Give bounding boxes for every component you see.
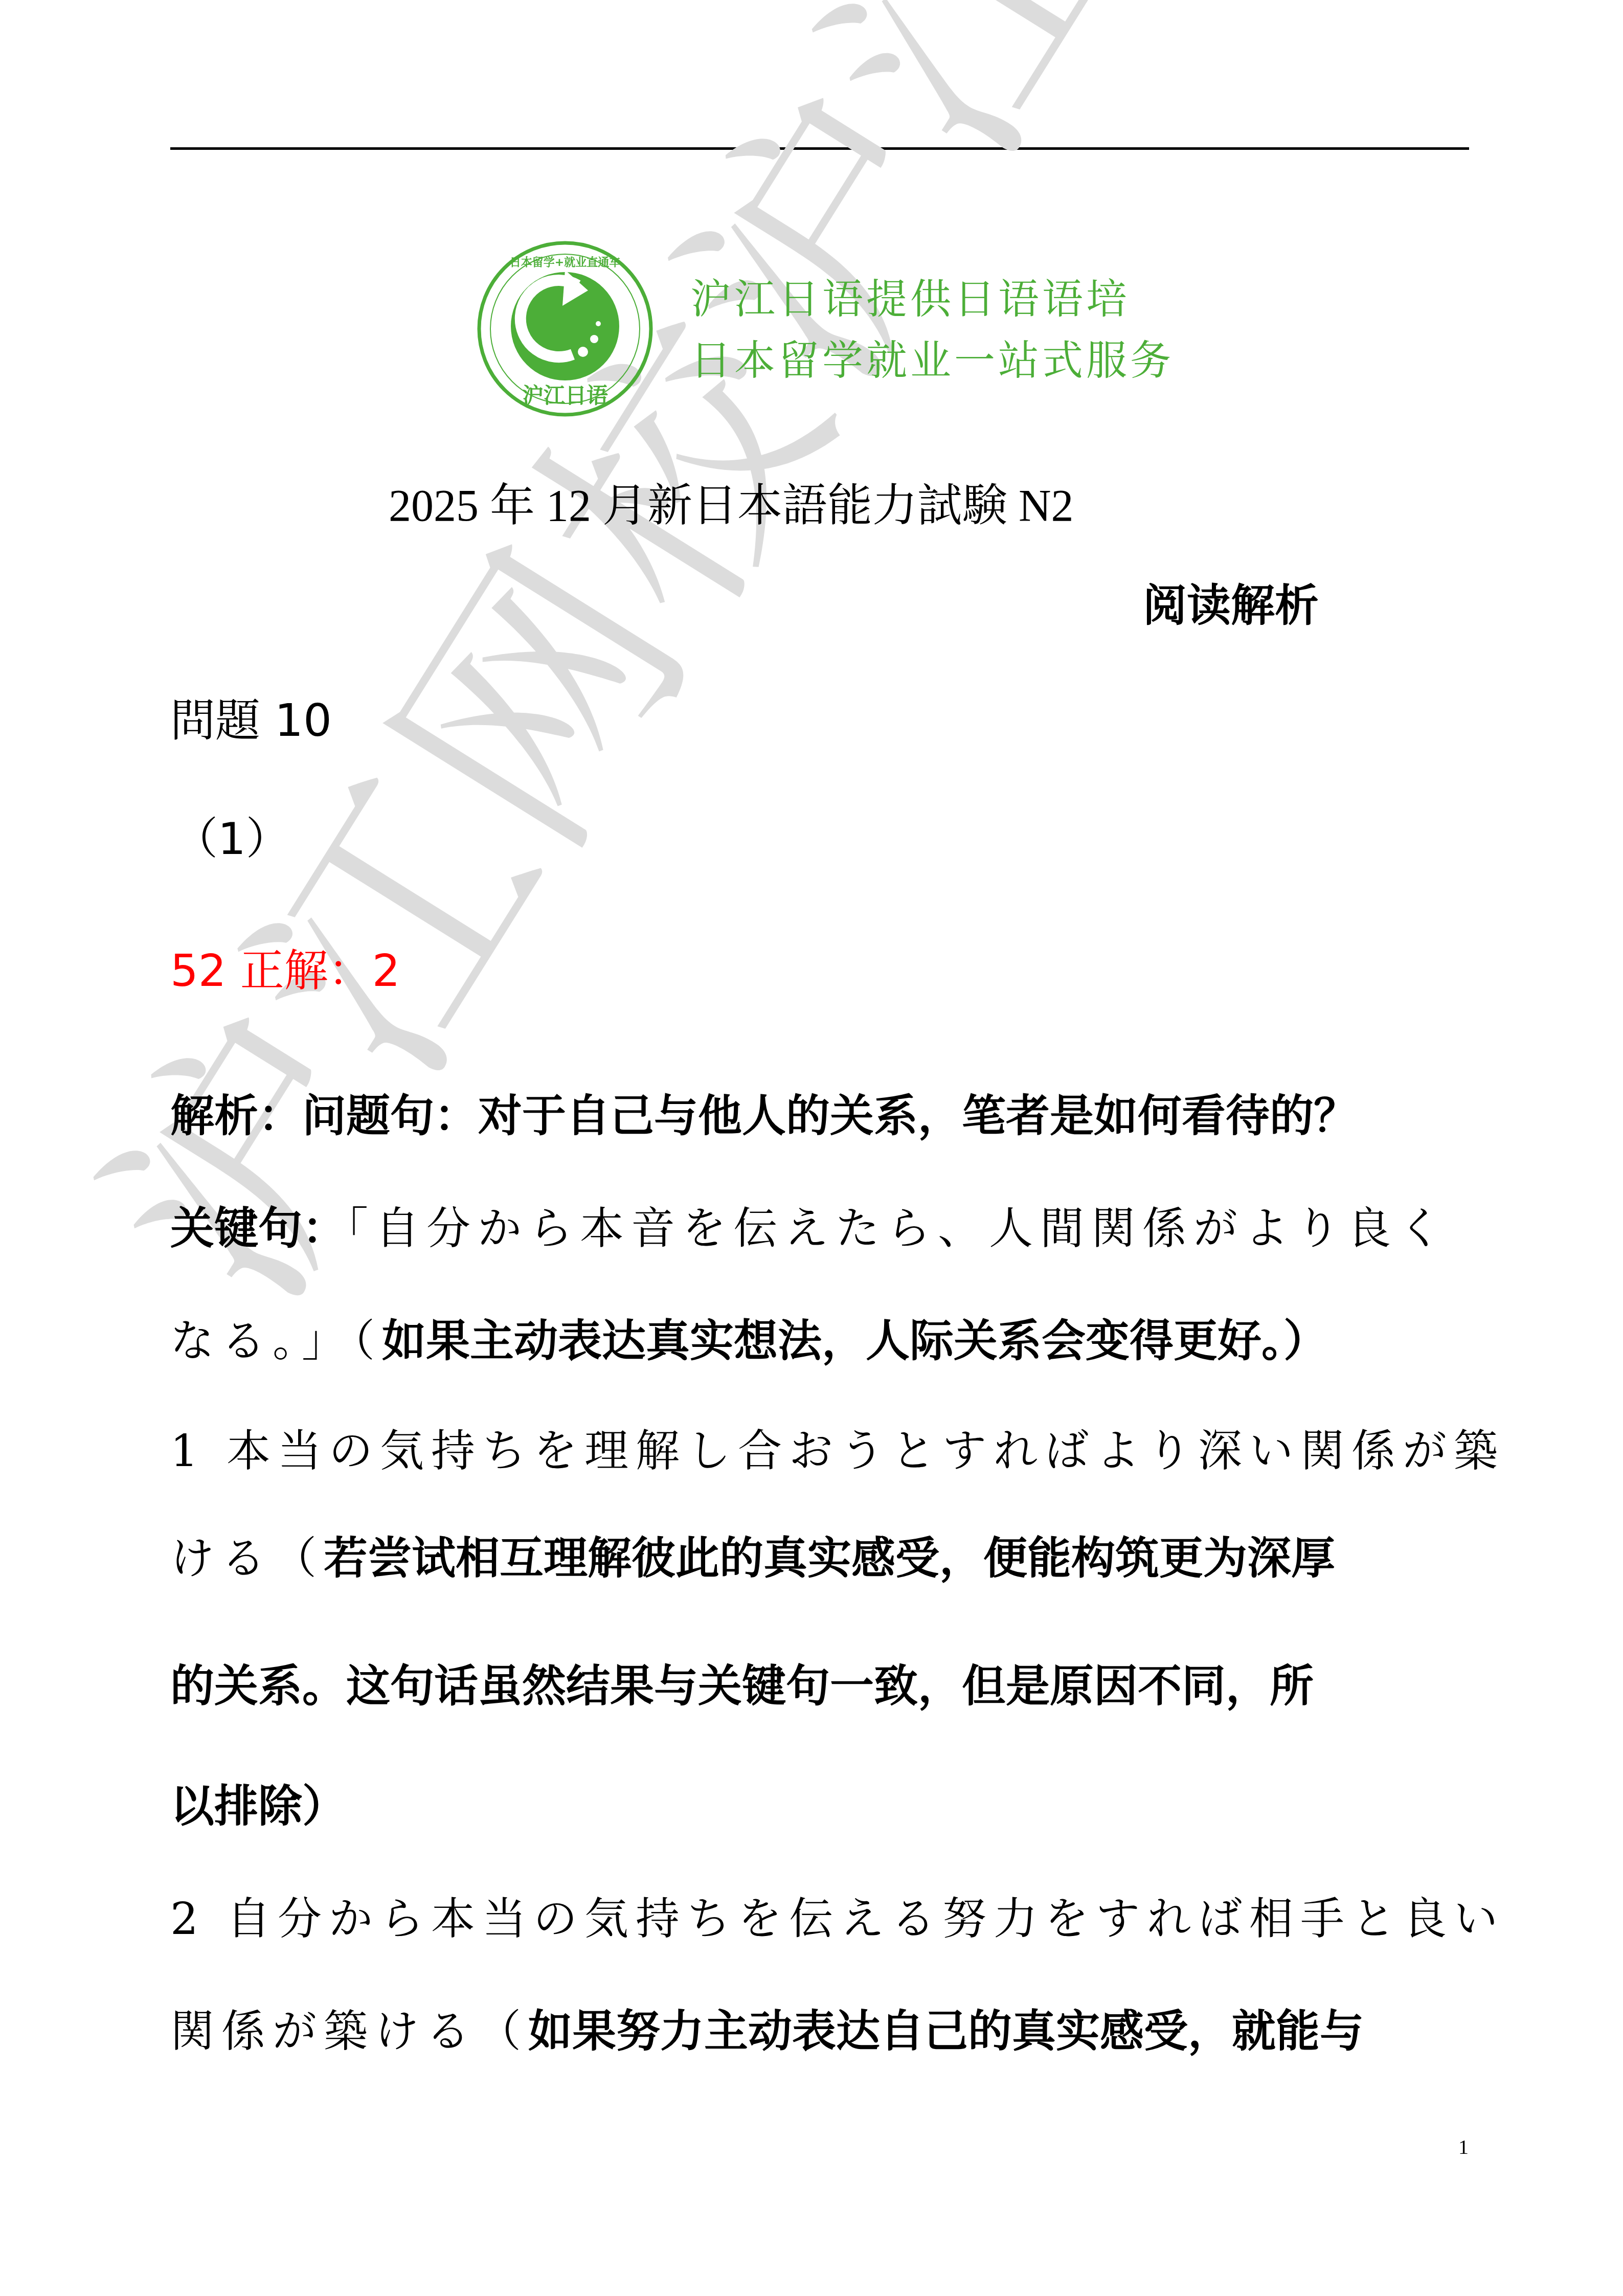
japanese-text: 1 本当の気持ちを理解し合おうとすればより深い関係が築 xyxy=(170,1426,1505,1477)
japanese-text: 2 自分から本当の気持ちを伝える努力をすれば相手と良い xyxy=(170,1894,1505,1945)
explanation-line: 解析：问题句：对于自己与他人的关系，笔者是如何看待的？ xyxy=(170,1094,1358,1138)
hujiang-logo-icon: 沪江日语 日本留学+就业直通车 xyxy=(476,239,655,418)
explanation-line: 以排除） xyxy=(170,1785,346,1829)
explanation-line: 1 本当の気持ちを理解し合おうとすればより深い関係が築 xyxy=(170,1429,1505,1473)
chinese-text: 关键句： xyxy=(170,1203,346,1254)
document-subtitle: 阅读解析 xyxy=(1143,570,1319,634)
chinese-text: 若尝试相互理解彼此的真实感受，便能构筑更为深厚 xyxy=(324,1533,1335,1584)
svg-text:沪江日语: 沪江日语 xyxy=(522,383,608,408)
chinese-text: 以排除） xyxy=(170,1781,346,1832)
explanation-line: 関係が築ける（如果努力主动表达自己的真实感受，就能与 xyxy=(170,2010,1364,2054)
japanese-text: 関係が築ける（ xyxy=(170,2006,528,2057)
document-title: 2025 年 12 月新日本語能力試験 N2 xyxy=(389,469,1074,534)
chinese-text: 如果主动表达真实想法，人际关系会变得更好。） xyxy=(382,1316,1327,1367)
subsection-heading: （1） xyxy=(174,817,290,861)
section-heading: 問題 10 xyxy=(170,698,332,743)
chinese-text: 如果努力主动表达自己的真实感受，就能与 xyxy=(528,2006,1364,2057)
logo-tagline-2: 日本留学就业一站式服务 xyxy=(690,327,1174,386)
japanese-text: ける（ xyxy=(170,1533,324,1584)
chinese-text: 解析：问题句：对于自己与他人的关系，笔者是如何看待的？ xyxy=(170,1091,1358,1142)
explanation-line: 的关系。这句话虽然结果与关键句一致，但是原因不同，所 xyxy=(170,1664,1314,1708)
japanese-text: 「自分から本音を伝えたら、人間関係がより良く xyxy=(346,1203,1449,1254)
page-number: 1 xyxy=(1458,2135,1469,2159)
chinese-text: 的关系。这句话虽然结果与关键句一致，但是原因不同，所 xyxy=(170,1661,1314,1712)
explanation-line: なる。」（如果主动表达真实想法，人际关系会变得更好。） xyxy=(170,1319,1327,1363)
japanese-text: なる。」（ xyxy=(170,1316,382,1367)
svg-text:日本留学+就业直通车: 日本留学+就业直通车 xyxy=(510,256,620,269)
explanation-line: ける（若尝试相互理解彼此的真实感受，便能构筑更为深厚 xyxy=(170,1537,1335,1581)
logo-tagline-1: 沪江日语提供日语语培 xyxy=(690,266,1130,325)
answer-line: 52 正解：2 xyxy=(170,949,400,993)
explanation-line: 关键句：「自分から本音を伝えたら、人間関係がより良く xyxy=(170,1207,1449,1251)
explanation-line: 2 自分から本当の気持ちを伝える努力をすれば相手と良い xyxy=(170,1897,1505,1941)
